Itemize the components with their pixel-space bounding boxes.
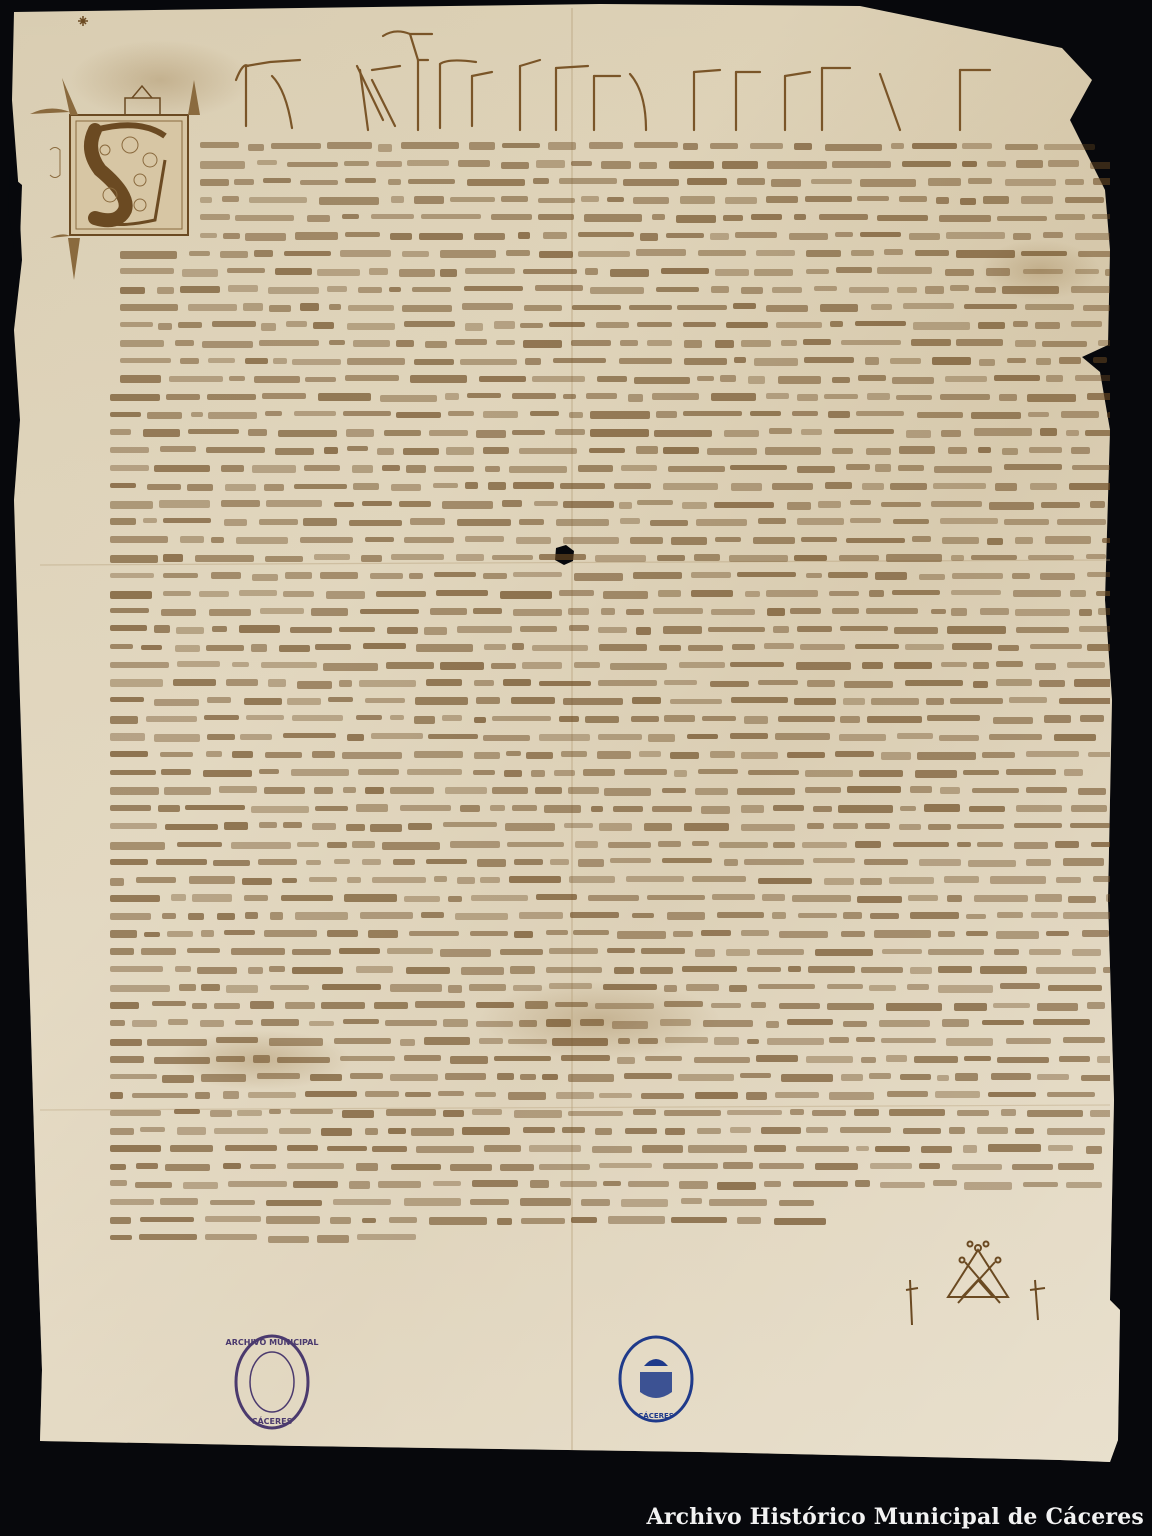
handwritten-word	[201, 1074, 245, 1081]
handwritten-word	[919, 1163, 941, 1169]
handwritten-word	[874, 930, 931, 938]
handwritten-word	[327, 930, 359, 937]
handwritten-word	[407, 160, 449, 166]
handwritten-word	[506, 250, 530, 256]
handwritten-word	[546, 930, 568, 935]
handwritten-word	[536, 160, 565, 168]
handwritten-word	[703, 1020, 754, 1027]
handwritten-word	[667, 912, 705, 920]
handwritten-word	[277, 1057, 330, 1063]
handwritten-word	[632, 913, 655, 919]
handwritten-word	[1037, 1003, 1078, 1011]
handwritten-word	[673, 931, 693, 938]
handwritten-word	[506, 751, 521, 757]
handwritten-word	[657, 555, 685, 562]
handwritten-word	[993, 717, 1033, 725]
handwritten-word	[1023, 1182, 1058, 1188]
handwritten-word	[1023, 269, 1063, 274]
handwritten-word	[258, 859, 297, 866]
handwritten-word	[905, 680, 964, 686]
handwritten-word	[696, 519, 747, 526]
handwritten-word	[990, 876, 1047, 884]
handwritten-word	[430, 608, 467, 616]
handwritten-word	[326, 591, 365, 599]
handwritten-word	[626, 876, 684, 881]
handwritten-word	[249, 197, 307, 203]
handwritten-word	[442, 501, 493, 509]
handwritten-word	[767, 1038, 824, 1045]
handwritten-word	[362, 1218, 377, 1224]
handwritten-word	[692, 841, 710, 846]
handwritten-word	[469, 984, 506, 991]
handwritten-word	[815, 949, 873, 956]
handwritten-word	[903, 1128, 941, 1134]
handwritten-word	[741, 287, 762, 294]
handwritten-word	[195, 555, 254, 562]
handwritten-word	[314, 554, 350, 560]
handwritten-word	[508, 1039, 546, 1044]
handwritten-word	[319, 197, 379, 204]
handwritten-word	[726, 949, 749, 956]
handwritten-word	[1030, 483, 1057, 489]
handwritten-word	[824, 878, 854, 886]
handwritten-word	[945, 269, 975, 277]
handwritten-word	[356, 1163, 378, 1171]
handwritten-word	[956, 339, 1003, 346]
handwritten-word	[781, 1074, 833, 1082]
handwritten-word	[941, 662, 967, 668]
handwritten-word	[390, 984, 443, 992]
handwritten-word	[806, 573, 822, 579]
handwritten-word	[268, 1236, 309, 1243]
handwritten-word	[214, 1003, 241, 1008]
handwritten-word	[856, 1146, 869, 1151]
handwritten-word	[426, 859, 467, 864]
handwritten-word	[271, 143, 321, 148]
handwritten-word	[1013, 590, 1061, 597]
handwritten-word	[767, 161, 827, 168]
handwritten-word	[206, 645, 243, 651]
handwritten-word	[433, 483, 458, 488]
handwritten-word	[688, 645, 723, 652]
handwritten-word	[856, 1037, 875, 1042]
handwritten-word	[173, 679, 216, 686]
handwritten-word	[278, 430, 337, 437]
handwritten-word	[841, 931, 865, 938]
handwritten-word	[1063, 1037, 1105, 1043]
handwritten-word	[174, 1109, 200, 1115]
handwritten-word	[508, 1092, 547, 1100]
handwritten-word	[1065, 197, 1104, 203]
handwritten-word	[997, 216, 1047, 221]
handwritten-word	[1079, 626, 1110, 632]
handwritten-word	[110, 1128, 134, 1135]
handwritten-word	[634, 142, 677, 148]
handwritten-word	[161, 609, 197, 616]
handwritten-word	[569, 412, 583, 418]
handwritten-word	[257, 1073, 300, 1079]
handwritten-word	[934, 466, 992, 473]
handwritten-word	[858, 375, 886, 380]
handwritten-word	[445, 1073, 486, 1080]
handwritten-word	[110, 555, 158, 563]
handwritten-word	[914, 1056, 958, 1063]
handwritten-word	[264, 930, 317, 936]
handwritten-word	[754, 1145, 786, 1152]
handwritten-word	[513, 985, 542, 992]
handwritten-word	[1075, 269, 1099, 274]
handwritten-word	[830, 321, 843, 327]
handwritten-word	[143, 518, 157, 523]
handwritten-word	[309, 877, 338, 882]
handwritten-word	[1068, 896, 1095, 903]
handwritten-word	[561, 751, 587, 758]
handwritten-word	[462, 303, 512, 310]
handwritten-word	[563, 501, 614, 507]
handwritten-word	[110, 394, 160, 401]
handwritten-word	[446, 447, 474, 455]
handwritten-word	[974, 895, 1028, 902]
svg-text:CÁCERES: CÁCERES	[252, 1415, 293, 1426]
handwritten-word	[877, 215, 928, 221]
handwritten-word	[789, 233, 828, 240]
handwritten-word	[292, 967, 343, 974]
handwritten-word	[684, 358, 727, 365]
handwritten-word	[378, 144, 392, 152]
handwritten-word	[216, 1056, 245, 1061]
handwritten-word	[608, 1216, 665, 1224]
handwritten-word	[205, 1216, 260, 1221]
handwritten-word	[110, 1039, 142, 1046]
handwritten-word	[1075, 375, 1110, 381]
handwritten-word	[894, 662, 931, 669]
handwritten-word	[969, 806, 1005, 812]
handwritten-word	[632, 697, 661, 704]
handwritten-word	[797, 518, 844, 525]
handwritten-word	[163, 554, 183, 562]
handwritten-word	[382, 465, 401, 471]
handwritten-word	[591, 806, 603, 812]
handwritten-word	[997, 912, 1023, 918]
handwritten-word	[665, 1128, 685, 1135]
handwritten-word	[465, 536, 504, 542]
handwritten-word	[483, 411, 517, 418]
handwritten-word	[324, 447, 338, 454]
handwritten-word	[329, 340, 345, 345]
handwritten-word	[474, 752, 499, 759]
handwritten-word	[539, 734, 590, 742]
handwritten-word	[358, 769, 399, 775]
handwritten-word	[526, 752, 553, 759]
handwritten-word	[910, 786, 932, 792]
handwritten-word	[512, 643, 524, 650]
handwritten-word	[870, 913, 899, 919]
handwritten-word	[1106, 894, 1110, 902]
handwritten-word	[666, 233, 704, 238]
handwritten-word	[603, 984, 657, 991]
handwritten-word	[730, 465, 787, 470]
handwritten-word	[839, 555, 879, 560]
handwritten-word	[386, 662, 434, 669]
handwritten-word	[1014, 842, 1048, 849]
handwritten-word	[328, 697, 352, 702]
handwritten-word	[261, 662, 317, 667]
handwritten-word	[624, 769, 668, 776]
handwritten-word	[514, 931, 533, 939]
handwritten-word	[838, 805, 893, 812]
handwritten-word	[656, 411, 678, 418]
handwritten-word	[909, 233, 940, 241]
handwritten-word	[1087, 572, 1110, 577]
handwritten-word	[110, 483, 136, 488]
handwritten-word	[175, 645, 199, 652]
handwritten-word	[621, 465, 657, 470]
handwritten-word	[182, 269, 219, 277]
handwritten-word	[652, 393, 699, 399]
handwritten-word	[559, 716, 579, 722]
handwritten-word	[1090, 501, 1106, 507]
handwritten-word	[200, 214, 230, 221]
handwritten-word	[390, 715, 405, 721]
handwritten-word	[279, 645, 310, 652]
handwritten-word	[221, 465, 244, 472]
handwritten-word	[342, 1110, 374, 1118]
handwritten-word	[135, 1182, 172, 1188]
handwritten-word	[1042, 341, 1087, 348]
handwritten-word	[250, 1001, 274, 1009]
handwritten-word	[224, 822, 248, 830]
handwritten-word	[841, 1074, 863, 1081]
handwritten-word	[414, 196, 444, 204]
handwritten-word	[581, 196, 600, 202]
handwritten-word	[639, 751, 660, 757]
handwritten-word	[1059, 1056, 1090, 1062]
handwritten-word	[321, 1002, 365, 1009]
handwritten-word	[999, 394, 1017, 401]
handwritten-word	[897, 733, 933, 739]
handwritten-word	[634, 377, 690, 384]
handwritten-word	[860, 232, 900, 238]
handwritten-word	[544, 805, 581, 813]
handwritten-word	[951, 590, 1001, 595]
handwritten-word	[559, 178, 617, 184]
handwritten-word	[476, 1021, 513, 1028]
handwritten-word	[568, 787, 599, 793]
handwritten-word	[287, 1145, 317, 1151]
handwritten-word	[340, 1056, 396, 1061]
handwritten-word	[948, 447, 967, 454]
handwritten-word	[832, 448, 854, 455]
handwritten-word	[262, 393, 305, 399]
handwritten-word	[989, 734, 1042, 740]
handwritten-word	[110, 823, 157, 829]
handwritten-word	[734, 357, 746, 363]
handwritten-word	[907, 984, 929, 990]
handwritten-word	[966, 914, 986, 919]
handwritten-word	[391, 196, 404, 203]
handwritten-word	[183, 1182, 219, 1189]
handwritten-word	[806, 1127, 828, 1132]
handwritten-word	[1087, 644, 1110, 651]
handwritten-word	[387, 948, 433, 955]
handwritten-word	[473, 608, 502, 614]
handwritten-word	[671, 1217, 727, 1223]
handwritten-word	[1015, 340, 1035, 347]
handwritten-word	[546, 1019, 572, 1027]
handwritten-word	[957, 1110, 989, 1116]
handwritten-word	[404, 321, 455, 326]
handwritten-word	[522, 662, 562, 669]
handwritten-word	[266, 1200, 322, 1206]
handwritten-word	[730, 662, 784, 667]
handwritten-word	[188, 429, 239, 435]
handwritten-word	[797, 626, 832, 632]
handwritten-word	[396, 412, 441, 418]
handwritten-word	[1039, 680, 1065, 687]
charter-text-lines	[110, 138, 1110, 1268]
handwritten-word	[406, 967, 450, 974]
handwritten-word	[120, 268, 174, 274]
handwritten-word	[246, 715, 283, 720]
handwritten-word	[525, 1001, 547, 1009]
handwritten-word	[350, 1073, 383, 1079]
handwritten-word	[457, 877, 475, 884]
handwritten-word	[353, 483, 379, 490]
handwritten-word	[860, 179, 916, 187]
handwritten-word	[859, 770, 903, 777]
handwritten-word	[987, 161, 1006, 167]
handwritten-word	[1066, 1182, 1101, 1188]
handwritten-word	[1028, 555, 1074, 560]
handwritten-word	[1054, 734, 1096, 741]
handwritten-word	[917, 752, 976, 759]
handwritten-word	[369, 268, 388, 275]
handwritten-word	[714, 1037, 739, 1045]
handwritten-word	[980, 608, 1009, 615]
handwritten-word	[1087, 1002, 1105, 1008]
handwritten-word	[261, 1019, 299, 1026]
handwritten-word	[275, 448, 314, 455]
handwritten-word	[588, 895, 640, 901]
handwritten-word	[573, 930, 609, 935]
handwritten-word	[701, 806, 729, 813]
handwritten-word	[376, 591, 426, 597]
handwritten-word	[855, 1180, 870, 1187]
handwritten-word	[110, 679, 163, 687]
handwritten-word	[867, 716, 922, 723]
handwritten-word	[345, 232, 380, 237]
handwritten-word	[944, 876, 979, 883]
handwritten-word	[534, 501, 558, 507]
handwritten-word	[297, 681, 331, 689]
handwritten-word	[893, 842, 949, 848]
handwritten-word	[507, 842, 564, 847]
handwritten-word	[844, 681, 892, 688]
handwritten-word	[110, 930, 137, 938]
handwritten-word	[476, 697, 501, 704]
handwritten-word	[677, 305, 727, 310]
handwritten-word	[287, 162, 339, 167]
handwritten-word	[300, 537, 353, 543]
handwritten-word	[571, 1217, 597, 1223]
handwritten-word	[320, 572, 358, 579]
svg-text:ARCHIVO MUNICIPAL: ARCHIVO MUNICIPAL	[226, 1338, 319, 1347]
handwritten-word	[653, 608, 703, 614]
handwritten-word	[344, 161, 369, 166]
handwritten-word	[775, 1092, 819, 1098]
handwritten-word	[268, 679, 286, 687]
handwritten-word	[568, 608, 589, 615]
handwritten-word	[1035, 663, 1056, 670]
handwritten-word	[1029, 447, 1062, 453]
handwritten-word	[110, 1180, 127, 1186]
handwritten-word	[910, 967, 931, 974]
handwritten-word	[1033, 1019, 1089, 1025]
handwritten-word	[538, 198, 575, 203]
handwritten-word	[1072, 465, 1111, 470]
handwritten-word	[870, 1163, 911, 1169]
handwritten-word	[758, 518, 786, 524]
handwritten-word	[1047, 1092, 1094, 1097]
handwritten-word	[313, 322, 334, 330]
handwritten-word	[358, 287, 382, 292]
handwritten-word	[448, 985, 463, 993]
handwritten-word	[404, 1198, 461, 1206]
handwritten-word	[730, 1127, 751, 1133]
handwritten-word	[212, 321, 256, 327]
handwritten-word	[801, 429, 821, 434]
handwritten-word	[291, 769, 349, 776]
handwritten-word	[806, 250, 842, 257]
handwritten-word	[465, 323, 482, 331]
handwritten-word	[510, 966, 535, 974]
handwritten-word	[630, 537, 664, 544]
handwritten-word	[663, 447, 699, 454]
handwritten-word	[389, 1217, 417, 1223]
handwritten-word	[120, 287, 145, 294]
handwritten-word	[292, 715, 344, 721]
handwritten-word	[1046, 375, 1063, 382]
handwritten-word	[747, 967, 781, 972]
handwritten-word	[773, 626, 788, 633]
handwritten-word	[759, 1163, 804, 1169]
handwritten-word	[1067, 662, 1105, 668]
handwritten-word	[877, 267, 932, 274]
handwritten-word	[352, 841, 374, 849]
handwritten-word	[715, 269, 749, 276]
handwritten-word	[1043, 232, 1063, 239]
handwritten-word	[732, 644, 754, 651]
handwritten-word	[334, 1038, 391, 1044]
handwritten-word	[832, 608, 859, 614]
handwritten-word	[658, 590, 681, 597]
handwritten-word	[832, 161, 891, 168]
handwritten-word	[730, 733, 768, 740]
handwritten-word	[869, 985, 896, 991]
handwritten-word	[365, 787, 384, 795]
handwritten-word	[312, 823, 335, 830]
handwritten-word	[543, 232, 568, 239]
handwritten-word	[483, 735, 530, 742]
handwritten-word	[208, 412, 256, 418]
handwritten-word	[365, 537, 394, 542]
handwritten-word	[701, 930, 731, 937]
handwritten-word	[633, 572, 682, 580]
handwritten-word	[362, 859, 381, 865]
handwritten-word	[290, 1109, 332, 1114]
handwritten-word	[340, 250, 390, 257]
handwritten-word	[497, 1218, 511, 1226]
